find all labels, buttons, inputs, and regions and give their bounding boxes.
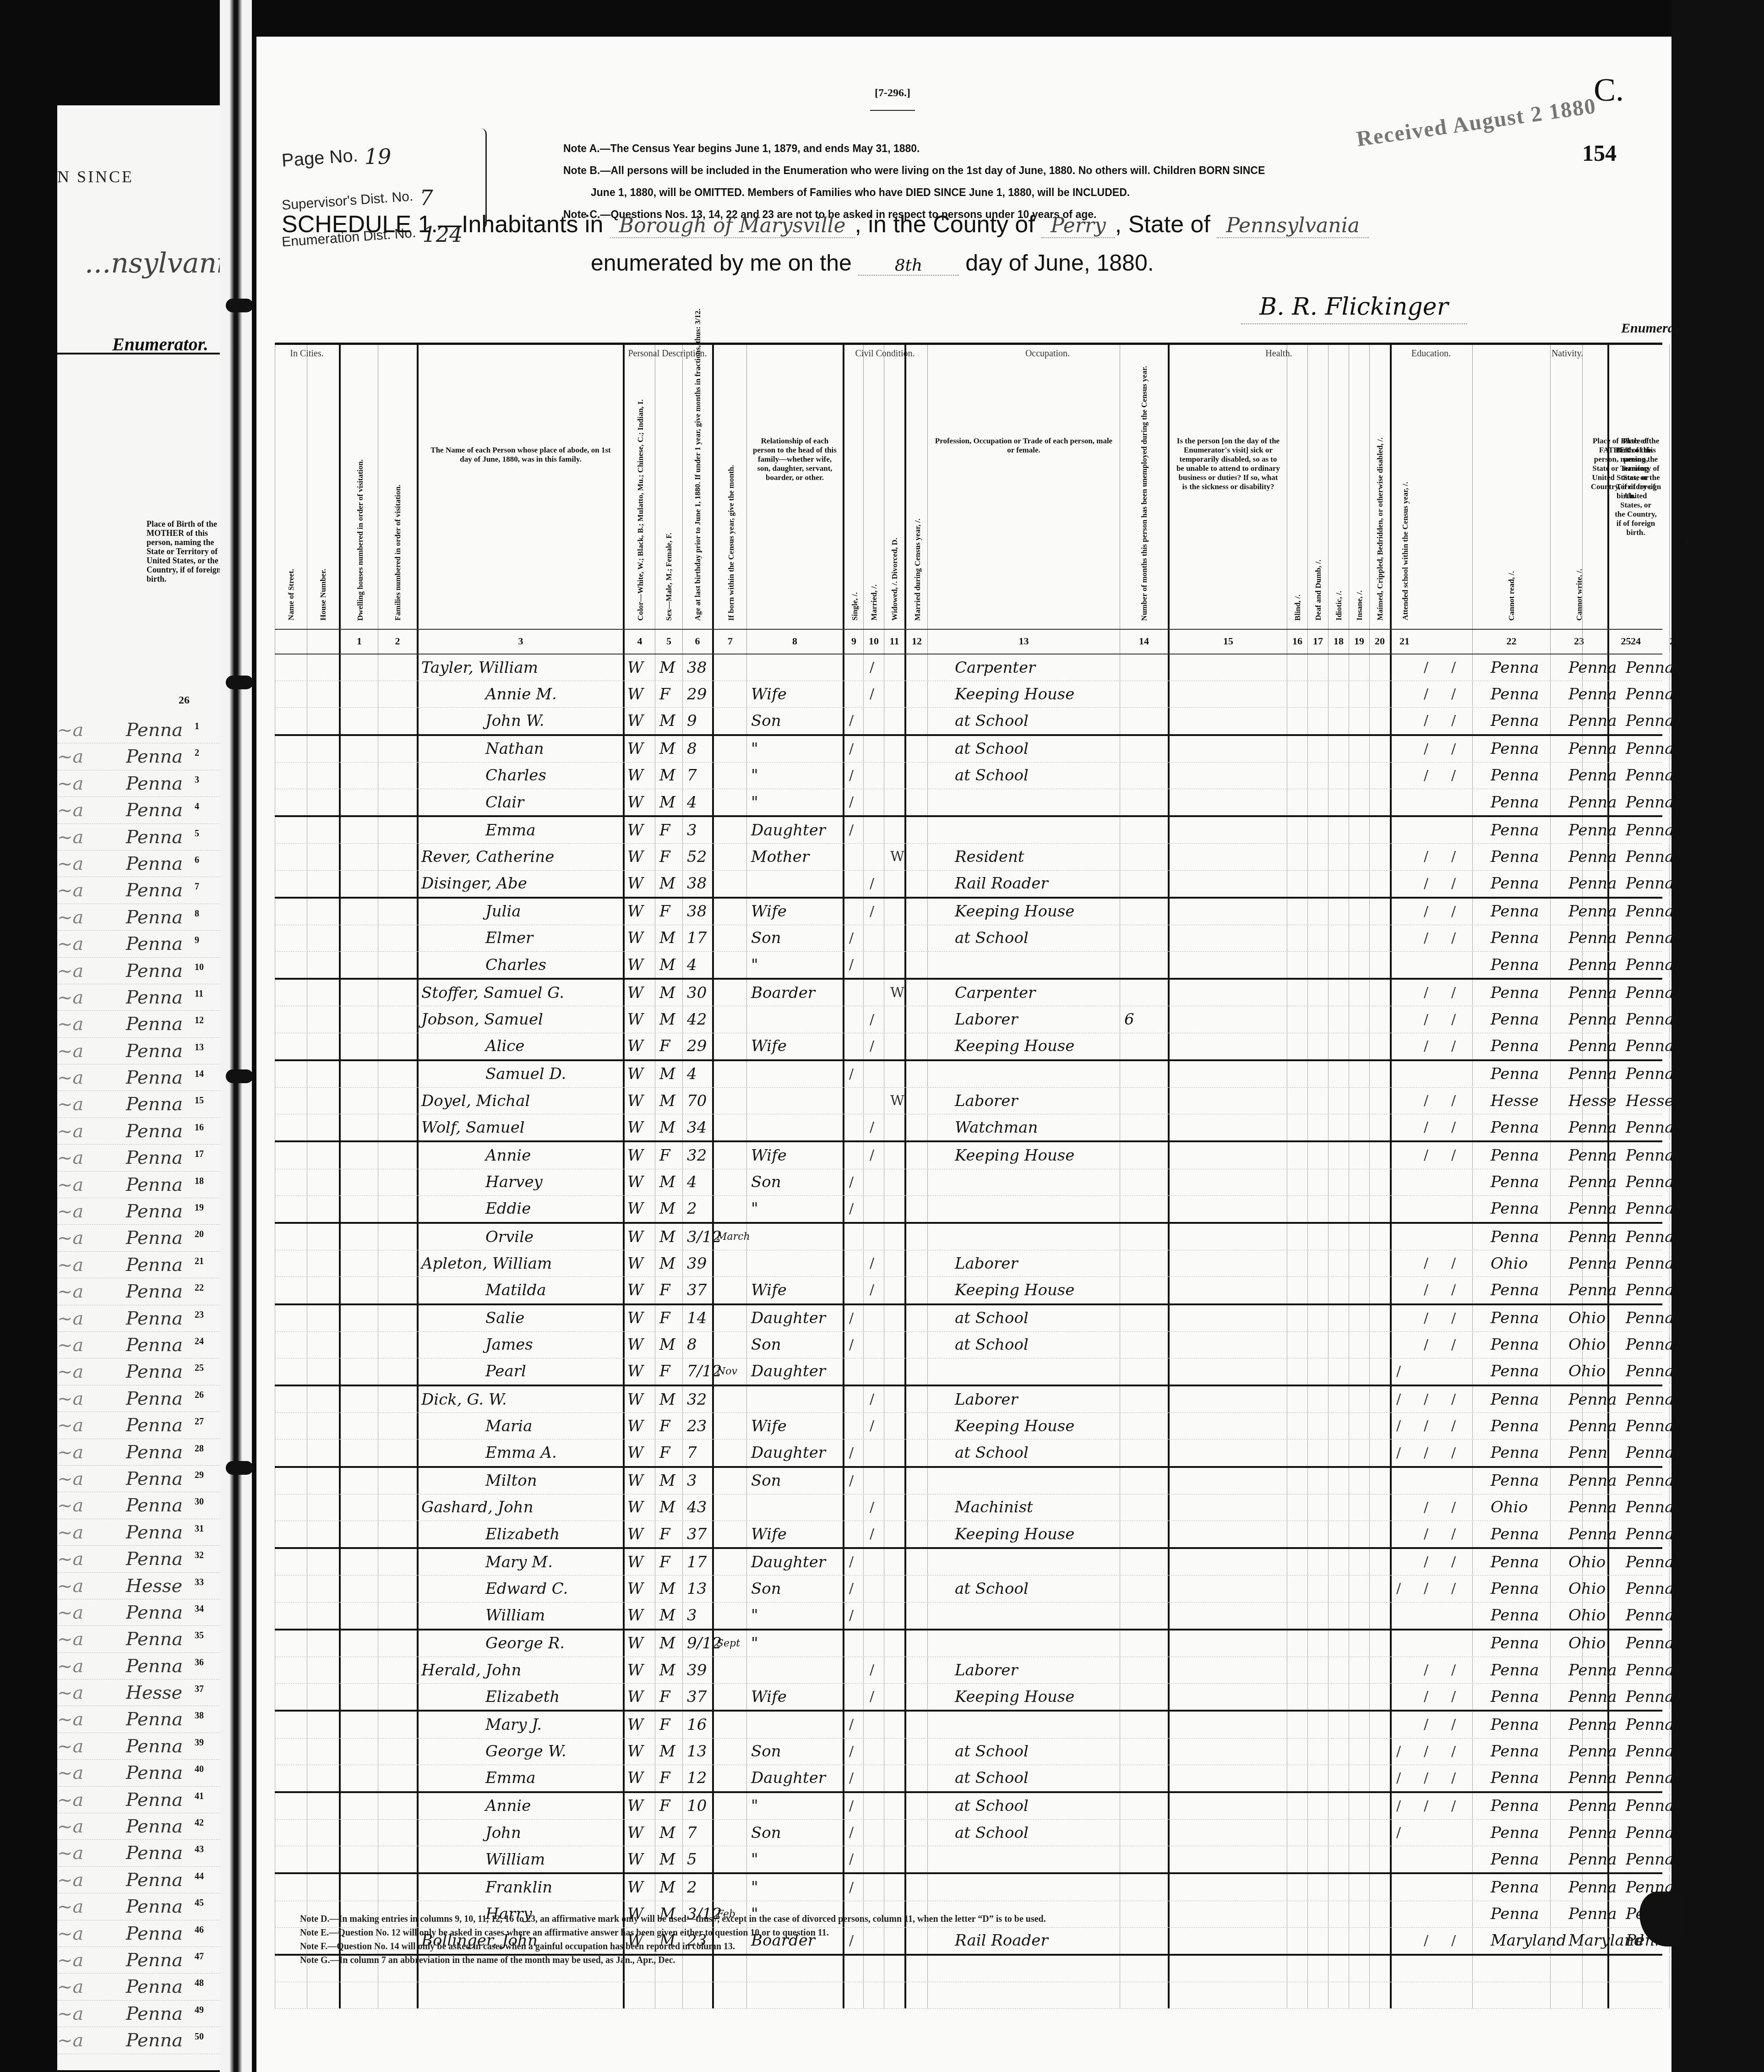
cell-school (1396, 1332, 1417, 1358)
cell-school (1396, 1982, 1417, 2008)
grid-line (927, 980, 928, 1006)
prev-page-column-number: 26 (179, 694, 190, 707)
cell-name: Wolf, Samuel (421, 1114, 623, 1140)
cell-name: Milton (485, 1468, 623, 1494)
column-group-title: Personal Description. (623, 349, 712, 359)
cell-school (1396, 1657, 1417, 1683)
grid-line (655, 1088, 655, 1114)
column-number-cell: 12 (904, 630, 927, 654)
cell-age: 39 (687, 1657, 712, 1683)
cell-age: 7 (687, 763, 712, 789)
grid-line (1472, 1277, 1473, 1303)
cell-age: 29 (687, 681, 712, 707)
cell-name: Salie (485, 1305, 623, 1331)
cell-married (870, 1305, 884, 1331)
grid-line (1390, 1088, 1392, 1114)
line-number: 9 (1676, 875, 1681, 886)
grid-line (1120, 1684, 1120, 1710)
grid-line (1328, 1521, 1328, 1547)
cell-read: / (1424, 708, 1445, 734)
grid-line (843, 1386, 844, 1412)
cell-age: 38 (687, 654, 712, 681)
cell-pob (1491, 1956, 1550, 1982)
column-number: 3 (419, 635, 623, 647)
cell-sex: M (659, 789, 682, 815)
column-number: 22 (1473, 635, 1550, 647)
cell-fpob: Penna (1568, 1033, 1607, 1059)
grid-line (1349, 1549, 1349, 1575)
grid-line (1390, 1684, 1392, 1710)
grid-line (417, 681, 419, 707)
cell-color: W (627, 1196, 655, 1222)
grid-line (1168, 1793, 1170, 1819)
cell-read: / (1424, 1250, 1445, 1276)
header-text-c5: Sex—Male, M.; Female, F. (664, 533, 674, 621)
county-field: Perry (1041, 214, 1115, 238)
cell-month (717, 952, 746, 978)
grid-line (1550, 1820, 1551, 1846)
prev-page-mother-pob: Penna (126, 1950, 183, 1971)
cell-sex: F (659, 1358, 682, 1385)
cell-color: W (627, 1224, 655, 1250)
grid-line (1307, 1901, 1308, 1927)
grid-line (1369, 899, 1370, 925)
cell-month (717, 1712, 746, 1738)
grid-line (275, 1928, 275, 1954)
cell-widowed (890, 1358, 904, 1385)
column-number: 15 (1170, 635, 1287, 647)
cell-write (1451, 1603, 1472, 1629)
cell-name: William (485, 1603, 623, 1629)
cell-month (717, 980, 746, 1006)
cell-married: / (870, 1521, 884, 1547)
table-row: Rever, CatherineWF52MotherWResident//Pen… (275, 844, 1662, 870)
prev-page-row: ~aPenna36 (57, 1653, 220, 1679)
cell-pob: Penna (1491, 1603, 1550, 1629)
cell-write: / (1451, 1521, 1472, 1547)
grid-line (1307, 1739, 1308, 1765)
cell-fpob: Penna (1568, 1874, 1607, 1900)
grid-line (682, 925, 683, 951)
grid-line (927, 736, 928, 762)
cell-occ: Resident (955, 844, 1120, 870)
grid-line (417, 1739, 419, 1765)
grid-line (417, 1549, 419, 1575)
cell-married (870, 844, 884, 870)
grid-line (1472, 1439, 1473, 1466)
grid-line (904, 1765, 906, 1791)
cell-pob: Penna (1491, 1114, 1550, 1140)
grid-line (307, 1061, 307, 1087)
cell-pob: Penna (1491, 844, 1550, 870)
grid-line (1369, 1142, 1370, 1168)
grid-line (417, 1494, 419, 1521)
cell-color: W (627, 1657, 655, 1683)
cell-pob: Penna (1491, 708, 1550, 734)
grid-line (904, 1820, 906, 1846)
line-number: 2 (195, 748, 199, 758)
cell-sex: M (659, 1468, 682, 1494)
grid-line (884, 1549, 884, 1575)
grid-line (275, 1277, 275, 1303)
grid-line (884, 1250, 884, 1276)
cell-color: W (627, 1820, 655, 1846)
cell-month (717, 844, 746, 870)
cell-occ (955, 1630, 1120, 1657)
grid-line (623, 681, 625, 707)
prev-page-mother-pob: Penna (126, 720, 183, 741)
grid-line (275, 899, 275, 925)
cell-unemp (1124, 1603, 1168, 1629)
header-c20: Maimed, Crippled, Bedridden, or otherwis… (1369, 345, 1390, 629)
line-number: 16 (195, 1123, 204, 1133)
prev-page-mother-pob: Penna (126, 1789, 183, 1810)
cell-occ: Carpenter (955, 654, 1120, 681)
cell-school (1396, 654, 1417, 681)
cell-widowed (890, 736, 904, 762)
cell-mpob: Penna (1626, 1277, 1662, 1303)
note-b: Note B.—All persons will be included in … (563, 159, 1265, 181)
cell-married (870, 1712, 884, 1738)
cell-occ: Laborer (955, 1250, 1120, 1276)
prev-page-father-pob-fragment: ~a (57, 1415, 83, 1436)
grid-line (1550, 1439, 1551, 1466)
cell-age: 30 (687, 980, 712, 1006)
grid-line (1607, 1956, 1609, 1982)
grid-line (1328, 1277, 1328, 1303)
cell-fpob: Ohio (1568, 1332, 1607, 1358)
grid-line (307, 1196, 307, 1222)
grid-line (1287, 1358, 1287, 1385)
line-number: 7 (195, 882, 199, 892)
cell-unemp (1124, 789, 1168, 815)
header-text-c15: Is the person [on the day of the Enumera… (1175, 436, 1281, 491)
grid-line (1328, 1006, 1328, 1032)
column-group-title: Occupation. (927, 349, 1168, 359)
grid-line (1369, 1386, 1370, 1412)
cell-age: 4 (687, 789, 712, 815)
cell-month (717, 1305, 746, 1331)
cell-name: Apleton, William (421, 1250, 623, 1276)
cell-write: / (1451, 1277, 1472, 1303)
grid-line (1287, 1332, 1287, 1358)
grid-line (1550, 1982, 1551, 2008)
grid-line (1120, 1061, 1120, 1087)
grid-line (682, 1169, 683, 1195)
prev-page-row: ~aPenna12 (57, 1011, 220, 1037)
grid-line (884, 1114, 884, 1140)
grid-line (682, 1439, 683, 1466)
grid-line (339, 980, 341, 1006)
grid-line (682, 1305, 683, 1331)
grid-line (1307, 1630, 1308, 1657)
grid-line (1390, 1549, 1392, 1575)
grid-line (843, 1413, 844, 1439)
cell-unemp (1124, 1088, 1168, 1114)
grid-line (1287, 980, 1287, 1006)
line-number: 50 (195, 2032, 204, 2042)
cell-single (849, 980, 863, 1006)
cell-occ: at School (955, 1765, 1120, 1791)
grid-line (1328, 789, 1328, 815)
cell-name: Alice (485, 1033, 623, 1059)
line-number: 40 (1671, 1716, 1681, 1727)
cell-unemp (1124, 817, 1168, 843)
cell-color: W (627, 1033, 655, 1059)
grid-line (1287, 789, 1287, 815)
column-number: 16 (1287, 635, 1307, 647)
grid-line (623, 708, 625, 734)
grid-line (884, 980, 884, 1006)
grid-line (378, 763, 378, 789)
grid-line (927, 1250, 928, 1276)
cell-fpob: Penna (1568, 1820, 1607, 1846)
grid-line (682, 1576, 683, 1602)
cell-name: Maria (485, 1413, 623, 1439)
grid-line (1390, 1224, 1392, 1250)
cell-fpob: Penna (1568, 1196, 1607, 1222)
cell-read (1424, 1820, 1445, 1846)
cell-read: / (1424, 871, 1445, 897)
cell-fpob: Penna (1568, 1224, 1607, 1250)
cell-color: W (627, 899, 655, 925)
line-number: 15 (195, 1096, 204, 1106)
cell-month (717, 1196, 746, 1222)
cell-fpob: Penna (1568, 763, 1607, 789)
cell-widowed (890, 1793, 904, 1819)
prev-page-row: ~aPenna7 (57, 877, 220, 904)
cell-pob: Penna (1491, 1820, 1550, 1846)
grid-line (655, 1386, 655, 1412)
grid-line (712, 654, 714, 681)
column-number: 14 (1120, 635, 1168, 647)
prev-page-row: ~aPenna3 (57, 770, 220, 797)
grid-line (307, 736, 307, 762)
cell-read: / (1424, 1413, 1445, 1439)
prev-page-mother-pob: Penna (126, 933, 183, 954)
grid-line (417, 708, 419, 734)
cell-name: George W. (485, 1739, 623, 1765)
table-row: Gashard, JohnWM43/Machinist//OhioPennaPe… (275, 1494, 1662, 1521)
grid-line (275, 681, 275, 707)
prev-page-mother-pob: Penna (126, 1896, 183, 1917)
prev-page-row: ~aPenna40 (57, 1760, 220, 1786)
grid-line (1669, 1982, 1670, 2008)
grid-line (378, 1874, 378, 1900)
header-text-street: Name of Street. (287, 569, 296, 621)
grid-line (1168, 1305, 1170, 1331)
cell-write (1451, 1820, 1472, 1846)
cell-school (1396, 899, 1417, 925)
grid-line (417, 1765, 419, 1791)
grid-line (1168, 1982, 1170, 2008)
grid-line (1328, 1956, 1328, 1982)
cell-fpob: Penna (1568, 1657, 1607, 1683)
grid-line (863, 1033, 864, 1059)
grid-line (1550, 817, 1551, 843)
grid-line (1349, 1332, 1349, 1358)
cell-color: W (627, 1169, 655, 1195)
grid-line (655, 1305, 655, 1331)
cell-single: / (849, 925, 863, 951)
grid-line (339, 1358, 341, 1385)
grid-line (275, 1982, 275, 2008)
cell-unemp (1124, 1820, 1168, 1846)
grid-line (417, 1603, 419, 1629)
grid-line (1349, 1494, 1349, 1521)
cell-unemp (1124, 1765, 1168, 1791)
prev-page-father-pob-fragment: ~a (57, 853, 83, 874)
grid-line (1369, 654, 1370, 681)
table-row: JohnWM7Son/at School/PennaPennaPenna44 (275, 1820, 1662, 1846)
line-number: 21 (195, 1256, 204, 1267)
grid-line (307, 871, 307, 897)
cell-occ (955, 1712, 1120, 1738)
cell-name: Annie (485, 1142, 623, 1168)
grid-line (863, 1494, 864, 1521)
line-number: 3 (1676, 712, 1681, 723)
grid-line (655, 1033, 655, 1059)
grid-line (884, 1277, 884, 1303)
cell-widowed (890, 1468, 904, 1494)
grid-line (1287, 654, 1287, 681)
grid-line (712, 899, 714, 925)
cell-sex: M (659, 708, 682, 734)
grid-line (746, 1250, 747, 1276)
cell-write (1451, 1061, 1472, 1087)
grid-line (712, 789, 714, 815)
grid-line (884, 1603, 884, 1629)
cell-name: Edward C. (485, 1576, 623, 1602)
cell-widowed (890, 789, 904, 815)
grid-line (1328, 1386, 1328, 1412)
grid-line (339, 708, 341, 734)
grid-line (307, 789, 307, 815)
grid-line (682, 736, 683, 762)
cell-write: / (1451, 1142, 1472, 1168)
grid-line (1390, 1521, 1392, 1547)
cell-color (627, 1982, 655, 2008)
line-number: 41 (195, 1791, 204, 1802)
grid-line (655, 1739, 655, 1765)
grid-line (884, 736, 884, 762)
grid-line (623, 1439, 625, 1466)
grid-line (884, 1358, 884, 1385)
grid-line (623, 1739, 625, 1765)
grid-line (1328, 1439, 1328, 1466)
grid-line (417, 1305, 419, 1331)
grid-line (1349, 1277, 1349, 1303)
grid-line (682, 1468, 683, 1494)
cell-read: / (1424, 1114, 1445, 1140)
grid-line (655, 1793, 655, 1819)
grid-line (1328, 763, 1328, 789)
line-number: 25 (1671, 1310, 1681, 1320)
cell-school (1396, 681, 1417, 707)
cell-occ: Keeping House (955, 1142, 1120, 1168)
grid-line (1168, 1088, 1170, 1114)
prev-page-mother-pob: Penna (126, 1923, 183, 1944)
prev-page-mother-pob: Penna (126, 1174, 183, 1195)
column-number: 20 (1370, 635, 1390, 647)
cell-occ (955, 1169, 1120, 1195)
grid-line (843, 789, 844, 815)
grid-line (1120, 1332, 1120, 1358)
header-c4: Color—White, W.; Black, B.; Mulatto, Mu.… (623, 345, 655, 629)
cell-write: / (1451, 925, 1472, 951)
grid-line (1349, 1846, 1349, 1872)
line-number: 29 (195, 1470, 204, 1481)
line-number: 28 (1671, 1391, 1681, 1401)
grid-line (904, 1846, 906, 1872)
cell-mpob: Penna (1626, 1439, 1662, 1466)
cell-name: Matilda (485, 1277, 623, 1303)
line-number: 6 (1676, 794, 1681, 804)
cell-married (870, 1358, 884, 1385)
grid-line (712, 1033, 714, 1059)
grid-line (1369, 763, 1370, 789)
cell-married: / (870, 1684, 884, 1710)
grid-line (1168, 1250, 1170, 1276)
cell-pob: Penna (1491, 1901, 1550, 1927)
line-number: 48 (195, 1978, 204, 1989)
table-row: Mary M.WF17Daughter///PennaOhioPenna34 (275, 1549, 1662, 1576)
grid-line (1369, 1928, 1370, 1954)
grid-line (884, 1169, 884, 1195)
grid-line (1390, 1439, 1392, 1466)
cell-widowed (890, 1739, 904, 1765)
prev-page-father-pob-fragment: ~a (57, 1254, 83, 1276)
grid-line (927, 654, 928, 681)
grid-line (712, 844, 714, 870)
cell-fpob: Penna (1568, 899, 1607, 925)
corner-letter: C. (1594, 71, 1624, 109)
cell-name (485, 1982, 623, 2008)
grid-line (746, 1765, 747, 1791)
header-text-c13: Profession, Occupation or Trade of each … (933, 436, 1114, 455)
cell-age: 2 (687, 1874, 712, 1900)
grid-line (904, 1358, 906, 1385)
cell-month (717, 1468, 746, 1494)
prev-page-row: ~aPenna9 (57, 931, 220, 957)
grid-line (1328, 1928, 1328, 1954)
grid-line (378, 1332, 378, 1358)
prev-page-mother-pob: Penna (126, 1442, 183, 1463)
cell-color: W (627, 1549, 655, 1575)
header-text-c2: Families numbered in order of visitation… (393, 485, 403, 621)
grid-line (843, 1820, 844, 1846)
header-c12: Married during Census year, /. (904, 345, 927, 629)
cell-school: / (1396, 1358, 1417, 1385)
cell-mpob: Penna (1626, 1603, 1662, 1629)
line-number: 38 (195, 1711, 204, 1721)
grid-line (339, 1114, 341, 1140)
cell-unemp (1124, 681, 1168, 707)
cell-read (1424, 817, 1445, 843)
cell-single (849, 1684, 863, 1710)
prev-page-mother-pob: Penna (126, 1094, 183, 1115)
grid-line (275, 1956, 275, 1982)
grid-line (904, 1250, 906, 1276)
cell-color: W (627, 980, 655, 1006)
grid-line (1120, 1114, 1120, 1140)
cell-married (870, 1630, 884, 1657)
header-c3: The Name of each Person whose place of a… (417, 345, 623, 629)
cell-fpob: Ohio (1568, 1549, 1607, 1575)
cell-write: / (1451, 1439, 1472, 1466)
table-row: Wolf, SamuelWM34/Watchman//PennaPennaPen… (275, 1114, 1662, 1142)
grid-line (1550, 1765, 1551, 1791)
